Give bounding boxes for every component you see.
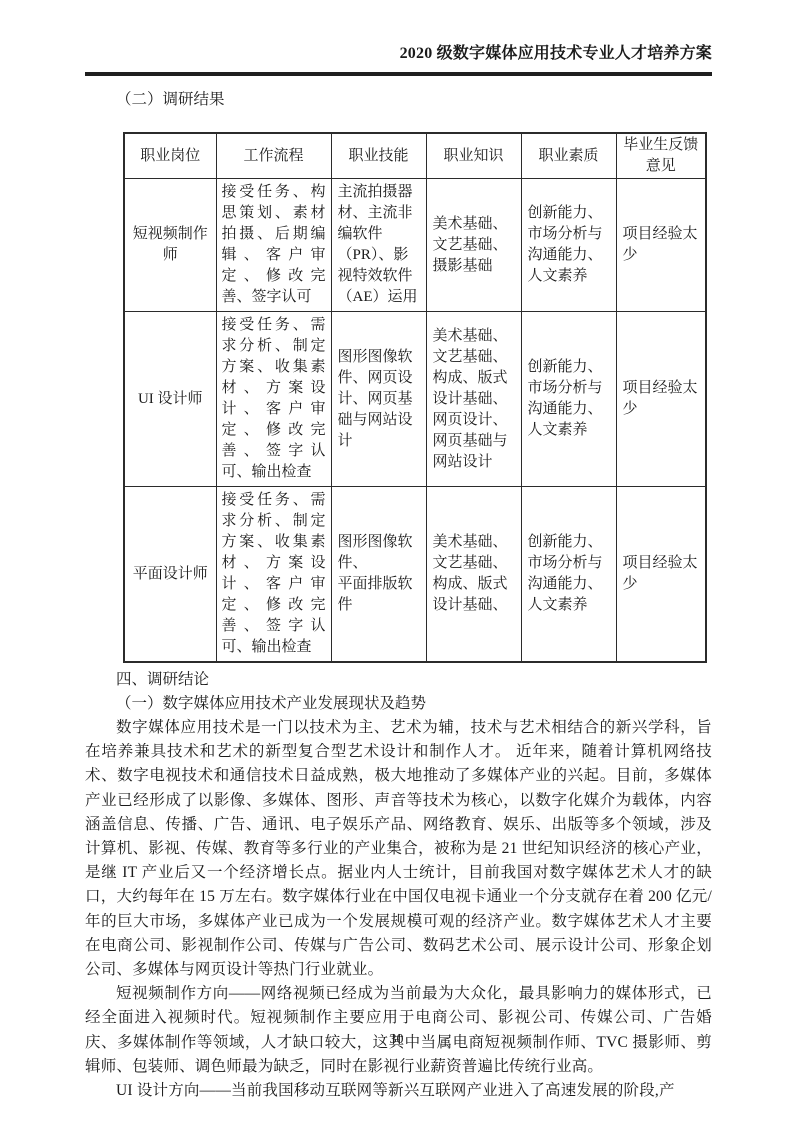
qualities-cell: 创新能力、市场分析与沟通能力、人文素养 <box>521 487 616 663</box>
knowledge-cell: 美术基础、文艺基础、摄影基础 <box>426 179 521 312</box>
qualities-cell: 创新能力、市场分析与沟通能力、人文素养 <box>521 179 616 312</box>
table-row: 短视频制作师 接受任务、构思策划、素材拍摄、后期编辑、客户审定、修改完善、签字认… <box>124 179 706 312</box>
document-page: 2020 级数字媒体应用技术专业人才培养方案 （二）调研结果 职业岗位 工作流程… <box>0 0 793 1122</box>
qualities-cell: 创新能力、市场分析与沟通能力、人文素养 <box>521 312 616 487</box>
column-header-position: 职业岗位 <box>124 133 216 179</box>
knowledge-cell: 美术基础、文艺基础、构成、版式设计基础、网页设计、网页基础与网站设计 <box>426 312 521 487</box>
feedback-cell: 项目经验太少 <box>616 487 706 663</box>
body-paragraph: 数字媒体应用技术是一门以技术为主、艺术为辅，技术与艺术相结合的新兴学科，旨在培养… <box>85 716 712 982</box>
survey-results-heading: （二）调研结果 <box>85 89 712 111</box>
feedback-cell: 项目经验太少 <box>616 179 706 312</box>
table-header-row: 职业岗位 工作流程 职业技能 职业知识 职业素质 毕业生反馈意见 <box>124 133 706 179</box>
page-content: 2020 级数字媒体应用技术专业人才培养方案 （二）调研结果 职业岗位 工作流程… <box>85 44 712 1103</box>
knowledge-cell: 美术基础、文艺基础、构成、版式设计基础、 <box>426 487 521 663</box>
body-paragraph: 短视频制作方向——网络视频已经成为当前最为大众化，最具影响力的媒体形式，已经全面… <box>85 982 712 1079</box>
body-paragraph: UI 设计方向——当前我国移动互联网等新兴互联网产业进入了高速发展的阶段,产 <box>85 1079 712 1103</box>
column-header-qualities: 职业素质 <box>521 133 616 179</box>
column-header-feedback: 毕业生反馈意见 <box>616 133 706 179</box>
doc-header-title: 2020 级数字媒体应用技术专业人才培养方案 <box>85 44 712 64</box>
workflow-cell: 接受任务、需求分析、制定方案、收集素材、方案设计、客户审定、修改完善、签字认可、… <box>216 487 331 663</box>
research-table: 职业岗位 工作流程 职业技能 职业知识 职业素质 毕业生反馈意见 短视频制作师 … <box>123 132 707 663</box>
skills-cell: 图形图像软件、网页设计、网页基础与网站设计 <box>331 312 426 487</box>
position-cell: UI 设计师 <box>124 312 216 487</box>
skills-cell: 图形图像软件、 平面排版软件 <box>331 487 426 663</box>
header-double-rule <box>85 72 712 76</box>
skills-cell: 主流拍摄器材、主流非编软件（PR）、影视特效软件（AE）运用 <box>331 179 426 312</box>
workflow-cell: 接受任务、构思策划、素材拍摄、后期编辑、客户审定、修改完善、签字认可 <box>216 179 331 312</box>
page-number: 30 <box>0 1032 793 1048</box>
position-cell: 短视频制作师 <box>124 179 216 312</box>
conclusion-heading: 四、调研结论 <box>85 668 712 692</box>
column-header-skills: 职业技能 <box>331 133 426 179</box>
workflow-cell: 接受任务、需求分析、制定方案、收集素材、方案设计、客户审定、修改完善、签字认可、… <box>216 312 331 487</box>
table-row: 平面设计师 接受任务、需求分析、制定方案、收集素材、方案设计、客户审定、修改完善… <box>124 487 706 663</box>
column-header-knowledge: 职业知识 <box>426 133 521 179</box>
feedback-cell: 项目经验太少 <box>616 312 706 487</box>
table-row: UI 设计师 接受任务、需求分析、制定方案、收集素材、方案设计、客户审定、修改完… <box>124 312 706 487</box>
position-cell: 平面设计师 <box>124 487 216 663</box>
column-header-workflow: 工作流程 <box>216 133 331 179</box>
subsection-heading: （一）数字媒体应用技术产业发展现状及趋势 <box>85 692 712 716</box>
